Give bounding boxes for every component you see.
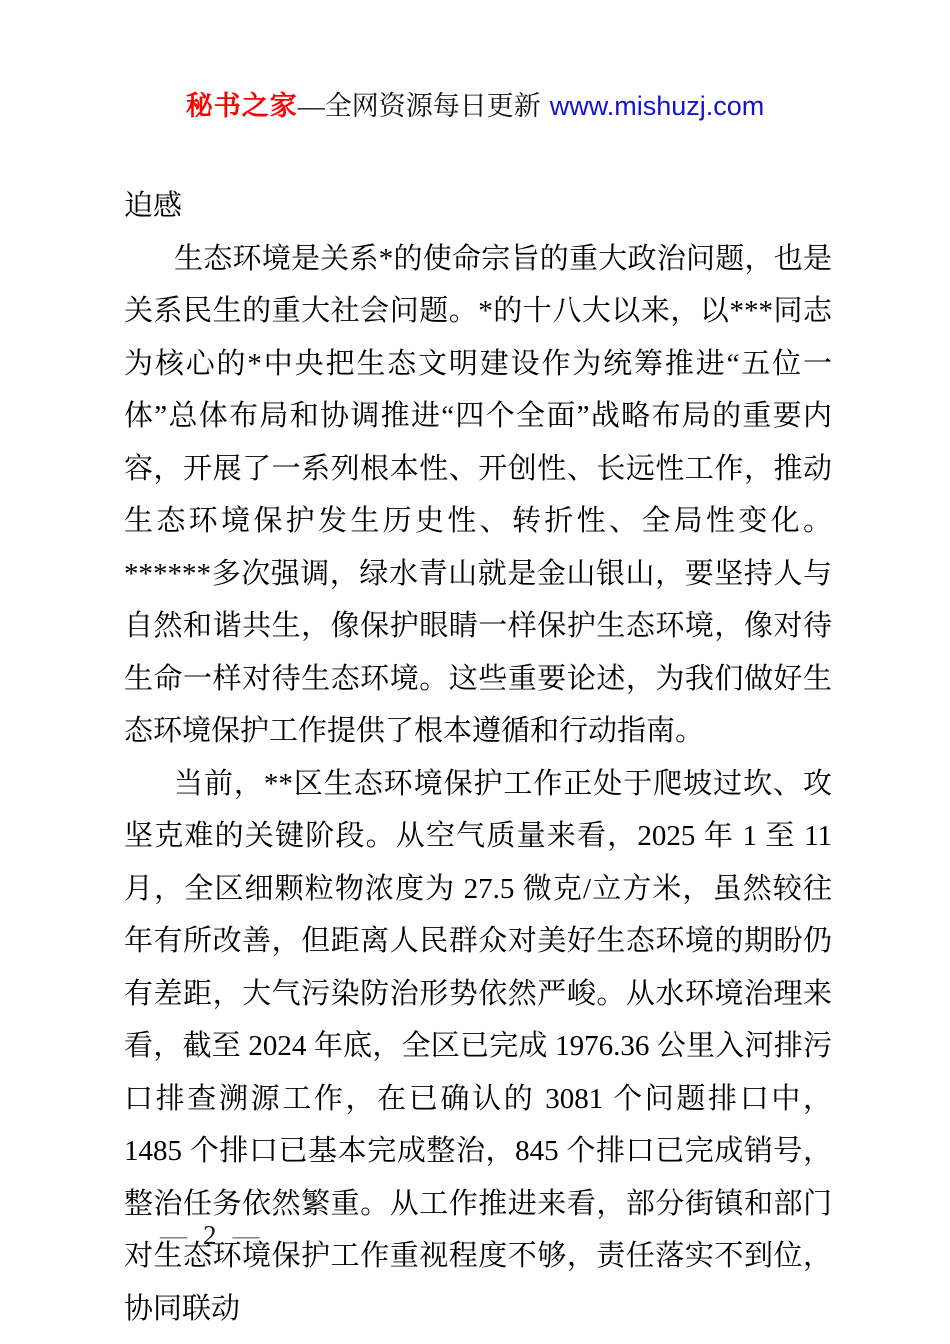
page-number-left-dash: — [160,1220,187,1250]
header-tagline: 全网资源每日更新 [325,91,541,121]
page-number-right-dash: — [233,1220,260,1250]
page-number: 2 [203,1220,217,1250]
page-footer: —2— [160,1220,260,1251]
site-url-link[interactable]: www.mishuzj.com [550,91,765,121]
header-separator: — [298,91,325,121]
document-page: 秘书之家—全网资源每日更新www.mishuzj.com 迫感 生态环境是关系*… [0,0,950,1344]
continuation-line: 迫感 [124,180,832,233]
site-header: 秘书之家—全网资源每日更新www.mishuzj.com [0,88,950,124]
site-name: 秘书之家 [186,91,298,121]
document-body: 迫感 生态环境是关系*的使命宗旨的重大政治问题，也是关系民生的重大社会问题。*的… [124,180,832,1335]
body-paragraph-1: 生态环境是关系*的使命宗旨的重大政治问题，也是关系民生的重大社会问题。*的十八大… [124,233,832,758]
